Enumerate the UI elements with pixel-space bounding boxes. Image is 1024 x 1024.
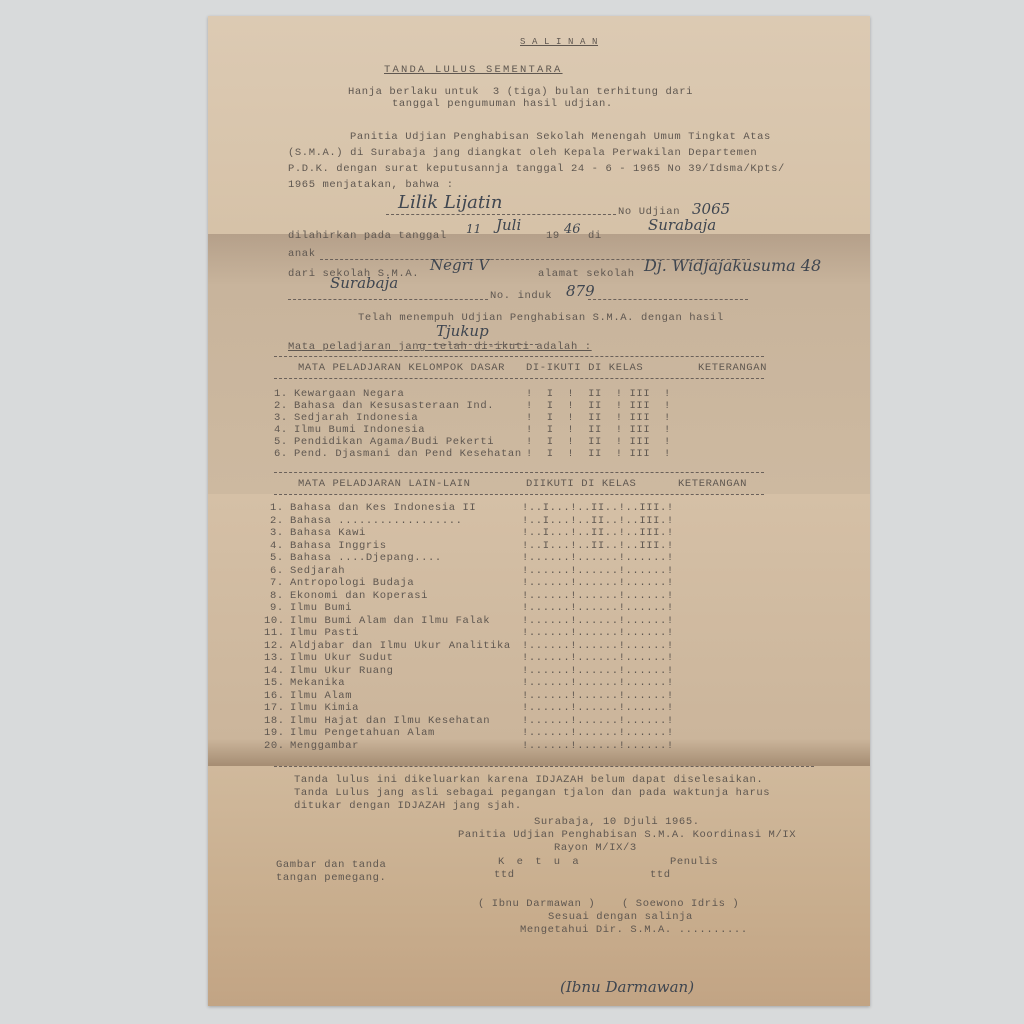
place-date: Surabaja, 10 Djuli 1965. — [534, 816, 700, 829]
child-of-label: anak — [288, 248, 316, 261]
table2-header-notes: KETERANGAN — [678, 478, 747, 491]
student-name: Lilik Lijatin — [398, 192, 502, 213]
table-row: 19.Ilmu Pengetahuan Alam!......!......!.… — [204, 727, 866, 740]
induk-no: 879 — [566, 282, 595, 300]
school-city: Surabaja — [330, 274, 398, 292]
table2-body: 1.Bahasa dan Kes Indonesia II!..I...!..I… — [204, 502, 866, 788]
table-row: 15.Mekanika!......!......!......! — [204, 677, 866, 690]
intro-line-2: (S.M.A.) di Surabaja jang diangkat oleh … — [288, 147, 757, 160]
table2-header-classes: DIIKUTI DI KELAS — [526, 478, 636, 491]
table2-header-rule — [274, 494, 764, 495]
note-line-2: Tanda Lulus jang asli sebagai pegangan t… — [294, 787, 770, 800]
induk-dotted-line — [588, 299, 748, 300]
committee-name: Panitia Udjian Penghabisan S.M.A. Koordi… — [458, 829, 796, 842]
city-dotted-line — [288, 299, 488, 300]
born-day: 11 — [466, 222, 481, 236]
top-heading: S A L I N A N — [520, 36, 598, 49]
rayon: Rayon M/IX/3 — [554, 842, 637, 855]
secretary-name: ( Soewono Idris ) — [622, 898, 739, 911]
table-row: 17.Ilmu Kimia!......!......!......! — [204, 702, 866, 715]
induk-label: No. induk — [490, 290, 552, 303]
table-row: 1.Bahasa dan Kes Indonesia II!..I...!..I… — [204, 502, 866, 515]
intro-line-1: Panitia Udjian Penghabisan Sekolah Menen… — [350, 131, 771, 144]
school-address: Dj. Widjajakusuma 48 — [644, 256, 821, 275]
table2-bottom-rule — [274, 766, 814, 767]
table-row: 6.Sedjarah!......!......!......! — [204, 565, 866, 578]
table1-header-subject: MATA PELADJARAN KELOMPOK DASAR — [298, 362, 505, 375]
table-row: 12.Aldjabar dan Ilmu Ukur Analitika!....… — [204, 640, 866, 653]
table-row: 2.Bahasa ..................!..I...!..II.… — [204, 515, 866, 528]
result-intro: Telah menempuh Udjian Penghabisan S.M.A.… — [358, 312, 724, 325]
chair-sign: ttd — [494, 869, 515, 882]
table1-header-rule — [274, 378, 764, 379]
table-row: 16.Ilmu Alam!......!......!......! — [204, 690, 866, 703]
photo-label-2: tangan pemegang. — [276, 872, 386, 885]
table-row: 9.Ilmu Bumi!......!......!......! — [204, 602, 866, 615]
table-row: 10.Ilmu Bumi Alam dan Ilmu Falak!......!… — [204, 615, 866, 628]
chair-name: ( Ibnu Darmawan ) — [478, 898, 595, 911]
result-value: Tjukup — [436, 322, 489, 340]
note-line-3: ditukar dengan IDJAZAH jang sjah. — [294, 800, 522, 813]
born-year: 46 — [564, 222, 581, 237]
table-row: 7.Antropologi Budaja!......!......!.....… — [204, 577, 866, 590]
chair-title: K e t u a — [498, 856, 582, 869]
born-place: Surabaja — [648, 216, 716, 234]
table1-header-classes: DI-IKUTI DI KELAS — [526, 362, 643, 375]
intro-line-3: P.D.K. dengan surat keputusannja tanggal… — [288, 163, 785, 176]
born-place-prefix: di — [588, 230, 602, 243]
intro-line-4: 1965 menjatakan, bahwa : — [288, 179, 454, 192]
secretary-title: Penulis — [670, 856, 718, 869]
validity-line-2: tanggal pengumuman hasil udjian. — [392, 98, 613, 111]
table-row: 20.Menggambar!......!......!......! — [204, 740, 866, 753]
table-row: 18.Ilmu Hajat dan Ilmu Kesehatan!......!… — [204, 715, 866, 728]
table-row: 14.Ilmu Ukur Ruang!......!......!......! — [204, 665, 866, 678]
bottom-signature: (Ibnu Darmawan) — [560, 978, 694, 996]
director-note: Mengetahui Dir. S.M.A. .......... — [520, 924, 748, 937]
table-row: 11.Ilmu Pasti!......!......!......! — [204, 627, 866, 640]
photo-label-1: Gambar dan tanda — [276, 859, 386, 872]
table2-top-rule — [274, 472, 764, 473]
table1-header-notes: KETERANGAN — [698, 362, 767, 375]
table-row: 3.Bahasa Kawi!..I...!..II..!..III.! — [204, 527, 866, 540]
table-row: 8.Ekonomi dan Koperasi!......!......!...… — [204, 590, 866, 603]
document-paper: S A L I N A N TANDA LULUS SEMENTARA Hanj… — [208, 16, 870, 1006]
secretary-sign: ttd — [650, 869, 671, 882]
born-month: Juli — [496, 216, 521, 234]
note-line-1: Tanda lulus ini dikeluarkan karena IDJAZ… — [294, 774, 763, 787]
name-dotted-line — [386, 214, 616, 215]
school-address-label: alamat sekolah — [538, 268, 635, 281]
born-year-prefix: 19 — [546, 230, 560, 243]
table-row: 4.Bahasa Inggris!..I...!..II..!..III.! — [204, 540, 866, 553]
subjects-intro: Mata peladjaran jang telah di-ikuti adal… — [288, 341, 592, 354]
table2-header-subject: MATA PELADJARAN LAIN-LAIN — [298, 478, 471, 491]
school-name: Negri V — [430, 256, 489, 274]
table-row: 13.Ilmu Ukur Sudut!......!......!......! — [204, 652, 866, 665]
born-label: dilahirkan pada tanggal — [288, 230, 447, 243]
table1-top-rule — [274, 356, 764, 357]
table-row: 5.Bahasa ....Djepang....!......!......!.… — [204, 552, 866, 565]
table1-body: 1.Kewargaan Negara! I ! II ! III ! 2.Bah… — [208, 388, 870, 492]
copy-note: Sesuai dengan salinja — [548, 911, 693, 924]
table-row: 6.Pend. Djasmani dan Pend Kesehatan! I !… — [208, 448, 870, 461]
document-title: TANDA LULUS SEMENTARA — [384, 64, 563, 77]
